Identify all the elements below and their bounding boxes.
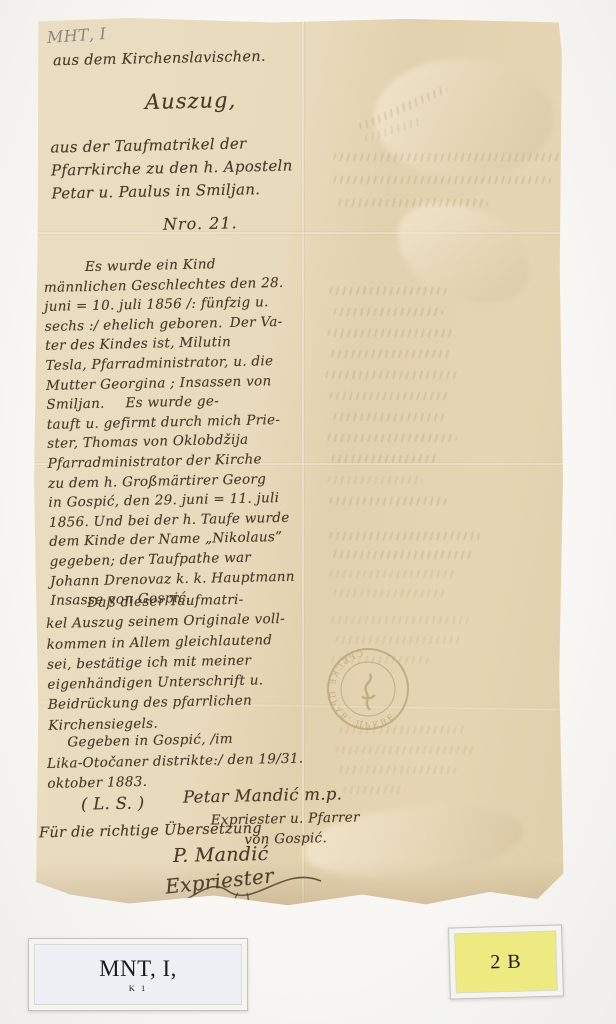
document-paper: МНТ, I aus dem Kirchenslavischen. Auszug… bbox=[33, 18, 564, 907]
bleed-through-line bbox=[329, 570, 457, 578]
bleed-through-line bbox=[327, 434, 457, 442]
bleed-through-line bbox=[329, 287, 447, 295]
archive-pencil-mark: МНТ, I bbox=[46, 24, 107, 48]
bleed-through-line bbox=[343, 786, 405, 794]
bleed-through-line bbox=[331, 455, 439, 463]
bleed-through-line bbox=[333, 308, 443, 316]
bleed-through-line bbox=[333, 413, 445, 421]
bleed-through-line bbox=[327, 329, 455, 337]
bleed-through-line bbox=[327, 476, 423, 484]
body-paragraph-2: Daß dieser Taufmatri- kel Auszug seinem … bbox=[46, 588, 324, 736]
dateline: Gegeben in Gospić, /im Lika-Otočaner dis… bbox=[46, 727, 327, 794]
body-paragraph-1: Es wurde ein Kind männlichen Geschlechte… bbox=[43, 253, 325, 611]
svg-text:СРБСКЕ ПРАВ. ЦРКВЕ: СРБСКЕ ПРАВ. ЦРКВЕ bbox=[323, 646, 397, 734]
bleed-through-line bbox=[333, 589, 445, 597]
bleed-through-line bbox=[325, 371, 460, 379]
paper-wrinkle bbox=[374, 58, 554, 178]
bleed-through-line bbox=[333, 153, 561, 161]
header-note: aus dem Kirchenslavischen. bbox=[53, 48, 266, 72]
signature-name: Petar Mandić m.p. bbox=[183, 784, 343, 807]
horizontal-fold-crease bbox=[33, 231, 564, 235]
bleed-through-line bbox=[329, 392, 449, 400]
record-number: Nro. 21. bbox=[163, 213, 238, 234]
bleed-through-line bbox=[338, 199, 488, 207]
seal-ring-text: СРБСКЕ ПРАВ. ЦРКВЕ bbox=[323, 646, 397, 734]
bleed-through-line bbox=[339, 726, 467, 734]
bleed-through-mark bbox=[358, 85, 449, 131]
archive-label-right-panel: 2 B bbox=[454, 931, 558, 994]
church-seal-stamp: СРБСКЕ ПРАВ. ЦРКВЕ bbox=[319, 640, 416, 737]
bleed-through-line bbox=[335, 746, 475, 754]
archive-label-left: MNT, I, K 1 bbox=[28, 938, 248, 1011]
bleed-through-mark bbox=[363, 117, 423, 143]
bleed-through-line bbox=[339, 766, 457, 774]
archive-label-right-text: 2 B bbox=[490, 950, 522, 974]
bleed-through-line bbox=[333, 176, 551, 184]
archive-label-left-subtitle: K 1 bbox=[129, 983, 148, 993]
paper-wrinkle bbox=[382, 183, 547, 324]
bleed-through-line bbox=[335, 636, 461, 644]
locus-sigilli: ( L. S. ) bbox=[81, 793, 145, 814]
document-title: Auszug, bbox=[145, 91, 237, 112]
archive-label-right: 2 B bbox=[448, 924, 564, 999]
subtitle-block: aus der Taufmatrikel der Pfarrkirche zu … bbox=[50, 131, 293, 205]
archive-label-left-panel: MNT, I, K 1 bbox=[34, 944, 242, 1005]
bleed-through-line bbox=[331, 656, 429, 664]
bleed-through-line bbox=[331, 350, 453, 358]
bleed-through-line bbox=[329, 532, 481, 540]
bleed-through-line bbox=[333, 551, 473, 559]
bleed-through-line bbox=[331, 616, 469, 624]
signature-flourish bbox=[143, 863, 333, 913]
bleed-through-line bbox=[329, 497, 447, 505]
archive-label-left-title: MNT, I, bbox=[99, 956, 177, 982]
